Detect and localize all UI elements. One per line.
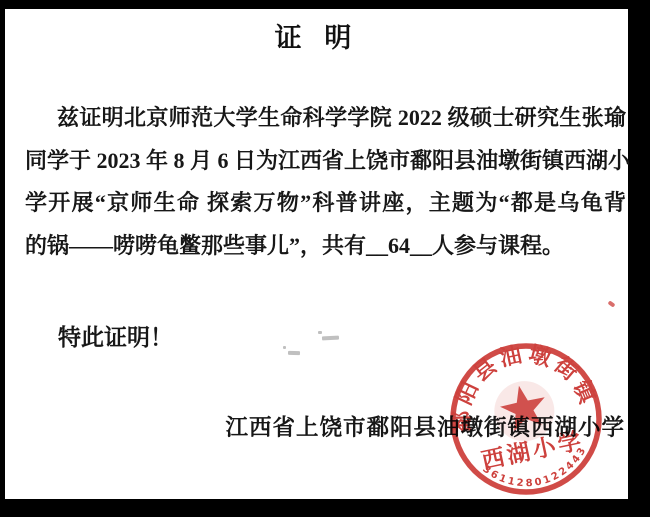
scan-border-left bbox=[0, 0, 5, 517]
scan-smudge bbox=[288, 351, 300, 355]
body-line-2: 同学于 2023 年 8 月 6 日为江西省上饶市鄱阳县油墩街镇西湖小 bbox=[25, 140, 626, 183]
scan-border-right bbox=[628, 0, 650, 517]
certificate-page: { "document": { "title": "证 明", "body": … bbox=[0, 0, 650, 517]
scan-border-top bbox=[0, 0, 650, 9]
scan-smudge bbox=[322, 336, 339, 341]
closing-statement: 特此证明！ bbox=[58, 319, 173, 352]
official-seal: 鄱阳县油墩街镇 西湖小学 3611280122443 bbox=[438, 331, 614, 507]
body-line-4: 的锅——唠唠龟鳖那些事儿”，共有__64__人参与课程。 bbox=[25, 225, 626, 268]
body-line-3: 学开展“京师生命 探索万物”科普讲座，主题为“都是乌龟背 bbox=[25, 182, 626, 225]
certificate-title: 证 明 bbox=[0, 16, 628, 55]
ink-speck bbox=[607, 300, 615, 307]
certificate-body: 兹证明北京师范大学生命科学学院 2022 级硕士研究生张瑜 同学于 2023 年… bbox=[25, 97, 626, 267]
scan-smudge bbox=[283, 346, 286, 349]
scan-smudge bbox=[318, 331, 322, 334]
body-line-1: 兹证明北京师范大学生命科学学院 2022 级硕士研究生张瑜 bbox=[25, 97, 626, 140]
